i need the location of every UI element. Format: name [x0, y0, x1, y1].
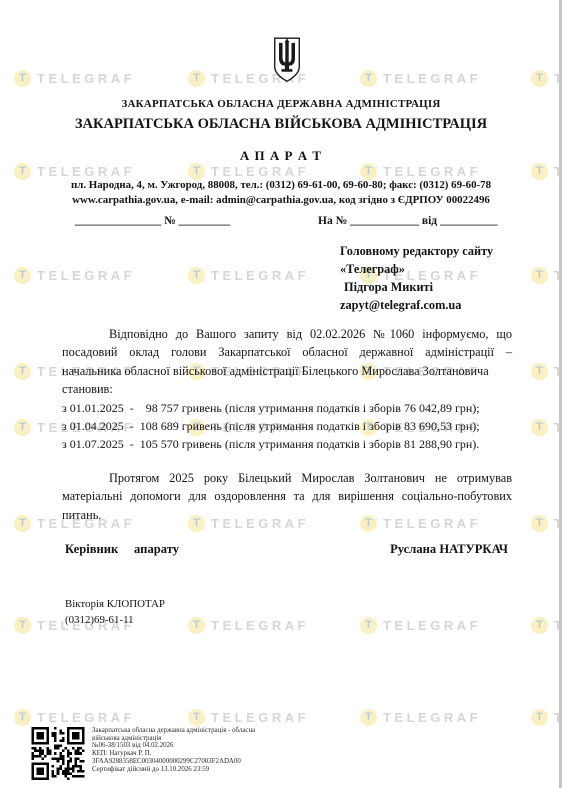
signer-position: Керівник апарату	[65, 542, 179, 557]
org-department: А П А Р А Т	[0, 148, 562, 164]
salary-line: з 01.07.2025 - 105 570 гривень (після ут…	[62, 435, 542, 453]
signer-name: Руслана НАТУРКАЧ	[390, 542, 508, 557]
recipient-line: Підгора Микиті	[340, 278, 493, 296]
qr-code	[30, 727, 86, 780]
letter-body: Відповідно до Вашого запиту від 02.02.20…	[62, 325, 542, 524]
recipient-line: «Телеграф»	[340, 260, 493, 278]
stamp-line: КЕП: Натуркач Р. П.	[92, 750, 332, 758]
stamp-line: військова адміністрація	[92, 735, 332, 743]
recipient-block: Головному редактору сайту«Телеграф»Підго…	[340, 242, 493, 314]
recipient-line: zapyt@telegraf.com.ua	[340, 296, 493, 314]
salary-line: з 01.01.2025 - 98 757 гривень (після утр…	[62, 399, 542, 417]
paragraph-salary-intro: Відповідно до Вашого запиту від 02.02.20…	[62, 325, 512, 380]
paragraph-salary-intro-tail: становив:	[62, 380, 542, 398]
stamp-line: Закарпатська обласна державна адміністра…	[92, 727, 332, 735]
tryzub-emblem-icon	[271, 36, 303, 84]
executor-block: Вікторія КЛОПОТАР (0312)69-61-11	[65, 597, 165, 628]
org-address-line: пл. Народна, 4, м. Ужгород, 88008, тел.:…	[0, 179, 562, 191]
paragraph-no-aid: Протягом 2025 року Білецький Мирослав Зо…	[62, 469, 512, 524]
stamp-line: 3FAA9288358EC00304000000299C27003F2ADA00	[92, 758, 332, 766]
executor-phone: (0312)69-61-11	[65, 613, 165, 629]
recipient-line: Головному редактору сайту	[340, 242, 493, 260]
org-name-military-administration: ЗАКАРПАТСЬКА ОБЛАСНА ВІЙСЬКОВА АДМІНІСТР…	[0, 116, 562, 133]
stamp-line: №06-38/1503 від 04.02.2026	[92, 742, 332, 750]
document-page: TTELEGRAFTTELEGRAFTTELEGRAFTTELEGRAFTTEL…	[0, 0, 562, 788]
salary-list: з 01.01.2025 - 98 757 гривень (після утр…	[62, 399, 542, 454]
executor-name: Вікторія КЛОПОТАР	[65, 597, 165, 613]
incoming-number-blank: На № ____________ від __________	[318, 215, 497, 227]
org-name-state-administration: ЗАКАРПАТСЬКА ОБЛАСНА ДЕРЖАВНА АДМІНІСТРА…	[0, 98, 562, 110]
org-contacts-line: www.carpathia.gov.ua, e-mail: admin@carp…	[0, 194, 562, 206]
stamp-line: Сертифікат дійсний до 13.10.2026 23:59	[92, 766, 332, 774]
outgoing-number-blank: _______________ № _________	[75, 215, 230, 227]
letter-content: ЗАКАРПАТСЬКА ОБЛАСНА ДЕРЖАВНА АДМІНІСТРА…	[0, 0, 562, 788]
salary-line: з 01.04.2025 - 108 689 гривень (після ут…	[62, 417, 542, 435]
digital-signature-stamp: Закарпатська обласна державна адміністра…	[92, 727, 332, 773]
